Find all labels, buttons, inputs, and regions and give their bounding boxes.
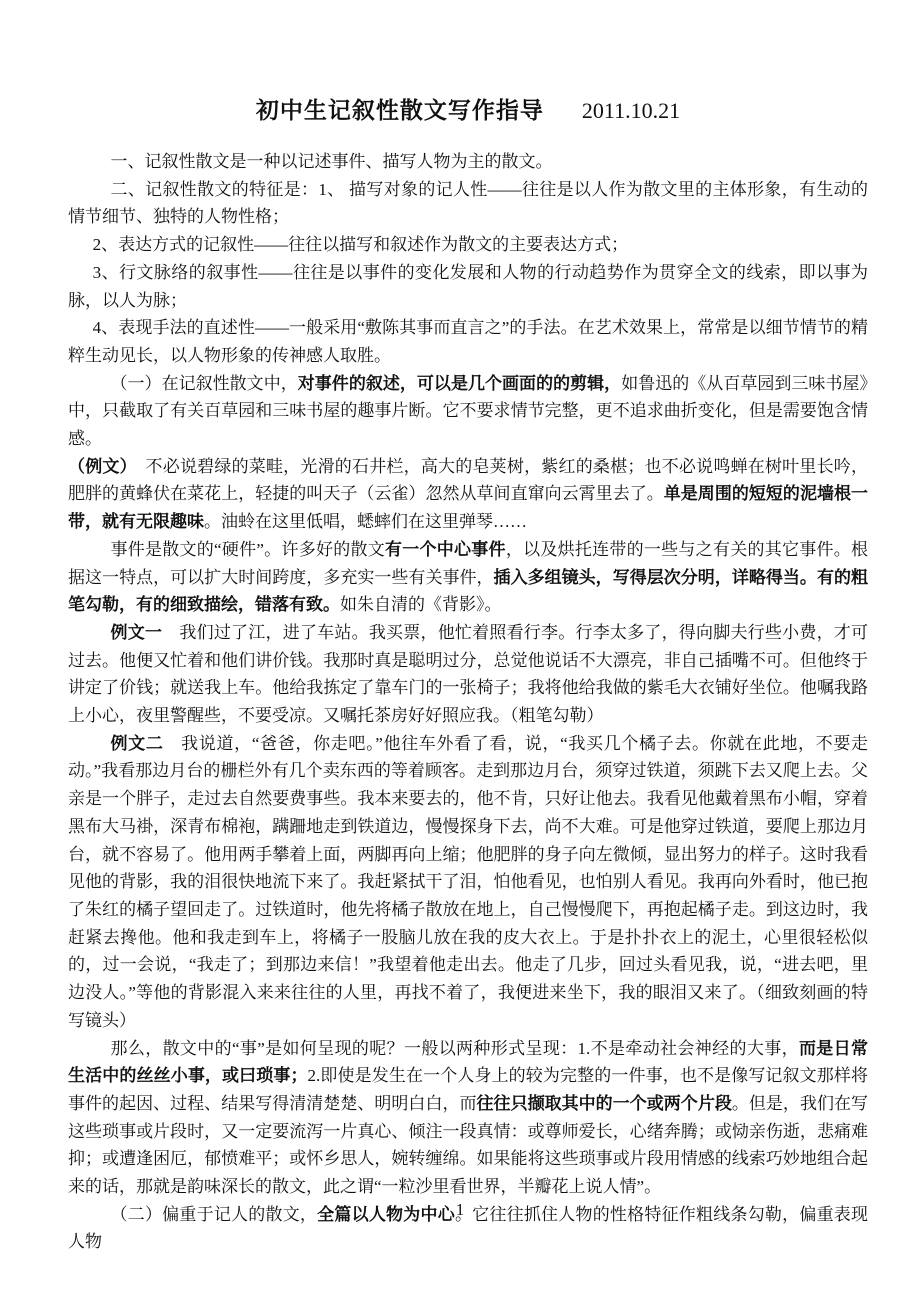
paragraph: 4、表现手法的直述性——一般采用“敷陈其事而直言之”的手法。在艺术效果上，常常是…	[68, 314, 868, 369]
text-run: 那么，散文中的“事”是如何呈现的呢？一般以两种形式呈现：1.不是牵动社会神经的大…	[111, 1039, 799, 1058]
paragraph: 2、表达方式的记叙性——往往以描写和叙述作为散文的主要表达方式；	[68, 231, 868, 259]
bold-text-run: 往往只撷取其中的一个或两个片段	[477, 1094, 732, 1113]
text-run: 事件是散文的“硬件”。许多好的散文	[111, 540, 386, 559]
paragraph: （一）在记叙性散文中，对事件的叙述，可以是几个画面的的剪辑，如鲁迅的《从百草园到…	[68, 370, 868, 453]
paragraph: 3、行文脉络的叙事性——往往是以事件的变化发展和人物的行动趋势作为贯穿全文的线索…	[68, 259, 868, 314]
paragraph: 例文一 我们过了江，进了车站。我买票，他忙着照看行李。行李太多了，得向脚夫行些小…	[68, 619, 868, 730]
paragraph: 那么，散文中的“事”是如何呈现的呢？一般以两种形式呈现：1.不是牵动社会神经的大…	[68, 1035, 868, 1201]
document-header: 初中生记叙性散文写作指导 2011.10.21	[68, 98, 868, 124]
paragraph: （例文） 不必说碧绿的菜畦，光滑的石井栏，高大的皂荚树，紫红的桑椹；也不必说鸣蝉…	[68, 453, 868, 536]
bold-text-run: 对事件的叙述，可以是几个画面的的剪辑，	[298, 374, 621, 393]
paragraph: 例文二 我说道，“爸爸，你走吧。”他往车外看了看，说，“我买几个橘子去。你就在此…	[68, 730, 868, 1035]
paragraph: 事件是散文的“硬件”。许多好的散文有一个中心事件，以及烘托连带的一些与之有关的其…	[68, 536, 868, 619]
paragraph: 一、记叙性散文是一种以记述事件、描写人物为主的散文。	[68, 148, 868, 176]
document-page: 初中生记叙性散文写作指导 2011.10.21 一、记叙性散文是一种以记述事件、…	[0, 0, 920, 1302]
text-run: 二、记叙性散文的特征是：1、 描写对象的记人性——往往是以人作为散文里的主体形象…	[68, 180, 868, 227]
page-title: 初中生记叙性散文写作指导	[256, 98, 544, 124]
text-run: 如朱自清的《背影》。	[340, 595, 502, 614]
text-run: 4、表现手法的直述性——一般采用“敷陈其事而直言之”的手法。在艺术效果上，常常是…	[68, 318, 868, 365]
paragraph: 二、记叙性散文的特征是：1、 描写对象的记人性——往往是以人作为散文里的主体形象…	[68, 176, 868, 231]
text-run: 我们过了江，进了车站。我买票，他忙着照看行李。行李太多了，得向脚夫行些小费，才可…	[68, 623, 868, 725]
text-run: 。油蛉在这里低唱，蟋蟀们在这里弹琴……	[204, 512, 527, 531]
text-run: 我说道，“爸爸，你走吧。”他往车外看了看，说，“我买几个橘子去。你就在此地，不要…	[68, 734, 868, 1030]
bold-text-run: 有一个中心事件	[385, 540, 506, 559]
text-run: 2、表达方式的记叙性——往往以描写和叙述作为散文的主要表达方式；	[93, 235, 629, 254]
text-run: 一、记叙性散文是一种以记述事件、描写人物为主的散文。	[111, 152, 553, 171]
bold-text-run: 例文一	[111, 623, 163, 642]
document-body: 一、记叙性散文是一种以记述事件、描写人物为主的散文。二、记叙性散文的特征是：1、…	[68, 148, 868, 1256]
text-run: （一）在记叙性散文中，	[111, 374, 298, 393]
page-number: 1	[0, 1200, 920, 1220]
document-date: 2011.10.21	[582, 98, 680, 124]
bold-text-run: （例文）	[68, 457, 128, 476]
text-run: 3、行文脉络的叙事性——往往是以事件的变化发展和人物的行动趋势作为贯穿全文的线索…	[68, 263, 868, 310]
bold-text-run: 例文二	[111, 734, 164, 753]
